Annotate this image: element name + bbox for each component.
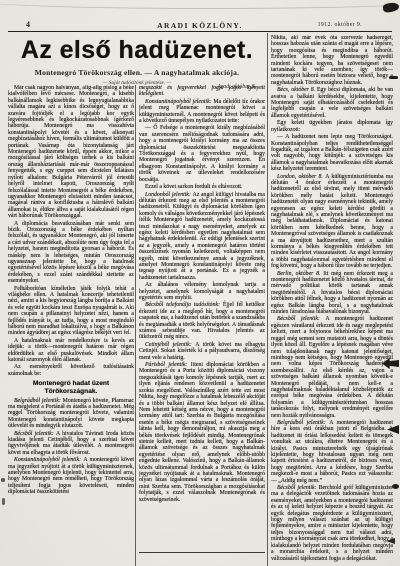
paragraph-dateline-lead: Belgrádból jelentik: — [277, 420, 329, 426]
paragraph: Bécsből jelentik: A montenegrói hadüzene… — [271, 316, 393, 419]
scan-smudge — [389, 76, 398, 79]
paragraph: Nikita, aki már évek óta szervezte hadse… — [271, 35, 393, 86]
paragraph: A hatalmaknak már rendelkezésre is kevés… — [8, 338, 134, 364]
paragraph: Az eseményekről következő tudósításaink … — [8, 364, 134, 377]
scan-smudge — [1, 478, 5, 482]
paragraph-dateline-lead: Konstantinápolyból jelentik: — [14, 457, 83, 463]
paragraph-dateline-lead: Bécs, október 8. — [277, 87, 317, 93]
paragraph-dateline-lead: Bécsből jelentik: — [277, 316, 325, 322]
paragraph-dateline-lead: Cetinjéből jelentik: — [145, 342, 195, 348]
paragraph: Már csak nagyon halványan, alig-alig pis… — [8, 85, 134, 220]
paragraph: — Ő Felsége a montenegrói király megbízá… — [139, 125, 265, 183]
paragraph: Ezzel a követ sarkon fordult és eltávozo… — [139, 184, 265, 190]
paragraph-dateline-lead: Bécsből jelentik: — [277, 485, 319, 491]
paragraph: Bécsből jelentik: A hivatalos Távirati I… — [8, 431, 134, 457]
paragraph: Bécsből telefonálja tudósítónk: Éjjel fé… — [139, 302, 265, 340]
paragraph-dateline-lead: Bécsből telefonálja tudósítónk: — [145, 302, 223, 308]
paragraph: Bécsből jelentik: Berchtold gróf külügym… — [271, 485, 393, 562]
column-rule-1 — [135, 85, 136, 566]
scan-smudge — [392, 484, 399, 489]
column-middle: megszakít és fegyverekkel fogja jogos ig… — [139, 85, 265, 551]
paragraph-dateline-lead: Londonból jelentik: — [145, 192, 193, 198]
paragraph-dateline-lead: Berlin, október 8. — [277, 271, 323, 277]
article-head: Az első hadüzenet. Montenegró Törökorszá… — [8, 34, 266, 84]
paragraph: Cetinjéből jelentik: A török követ ma el… — [139, 342, 265, 361]
headline: Az első hadüzenet. — [8, 37, 266, 64]
paragraph: Párisból jelentik: Itteni diplomáciai kö… — [139, 362, 265, 503]
paragraph: Londonból jelentik: Az angol külügyi hiv… — [139, 192, 265, 282]
paragraph-dateline-lead: Bécsből jelentik: — [14, 431, 56, 437]
paragraph: Egy keleti ügyekben járatos diplomata íg… — [271, 120, 393, 133]
page-header: 4 ARADI KÖZLÖNY. 1912. október 9. — [8, 20, 392, 31]
scan-smudge — [383, 2, 400, 13]
paragraph: London, október 8. A külügyminisztériumb… — [271, 174, 393, 270]
paragraph: — A hadüzenet nem lepte meg Törökországo… — [271, 134, 393, 172]
paragraph: Berlin, október 8. Itt még nem érkezett … — [271, 271, 393, 316]
paragraph: A diplomácia beavatkozásában már senki s… — [8, 221, 134, 285]
paragraph-dateline-lead: Konstantinápolyból jelentik: — [145, 99, 213, 105]
paragraph: Az általános vélemény komolynak tartja a… — [139, 282, 265, 301]
issue-date: 1912. október 9. — [318, 22, 362, 28]
scan-fold-line — [0, 0, 400, 9]
paragraph: Belgrádból jelentik: A montenegrói hadüz… — [271, 420, 393, 484]
subhead: Montenegró Törökország ellen. — A nagyha… — [8, 68, 266, 77]
column-rule-2 — [267, 33, 268, 566]
paragraph-dateline-lead: Párisból jelentik: — [145, 362, 191, 368]
paragraph: Konstantinápolyból jelentik: A montenegr… — [8, 457, 134, 495]
paragraph-dateline-lead: Belgrádból jelentik: — [14, 398, 63, 404]
header-rule — [8, 31, 392, 32]
paragraph-dateline-lead: London, október 8. — [277, 174, 325, 180]
paragraph: Belgrádból jelentik: Montenegró követe, … — [8, 398, 134, 430]
crosshead: Montenegró hadat üzent Törökországnak. — [10, 380, 132, 395]
paragraph: Konstantinápolyból jelentik: Ma délelőtt… — [139, 99, 265, 125]
paragraph: Bécs, október 8. Egy bécsi diplomata, ak… — [271, 87, 393, 119]
paragraph: megszakít és fegyverekkel fogja jogos ig… — [139, 85, 265, 98]
column-right: Nikita, aki már évek óta szervezte hadse… — [271, 35, 393, 566]
column-left: Már csak nagyon halványan, alig-alig pis… — [8, 85, 134, 566]
article-end-rule — [139, 552, 265, 553]
scan-smudge — [2, 498, 5, 505]
paragraph: Felháborítóan kíméletlen játék folyik te… — [8, 286, 134, 337]
